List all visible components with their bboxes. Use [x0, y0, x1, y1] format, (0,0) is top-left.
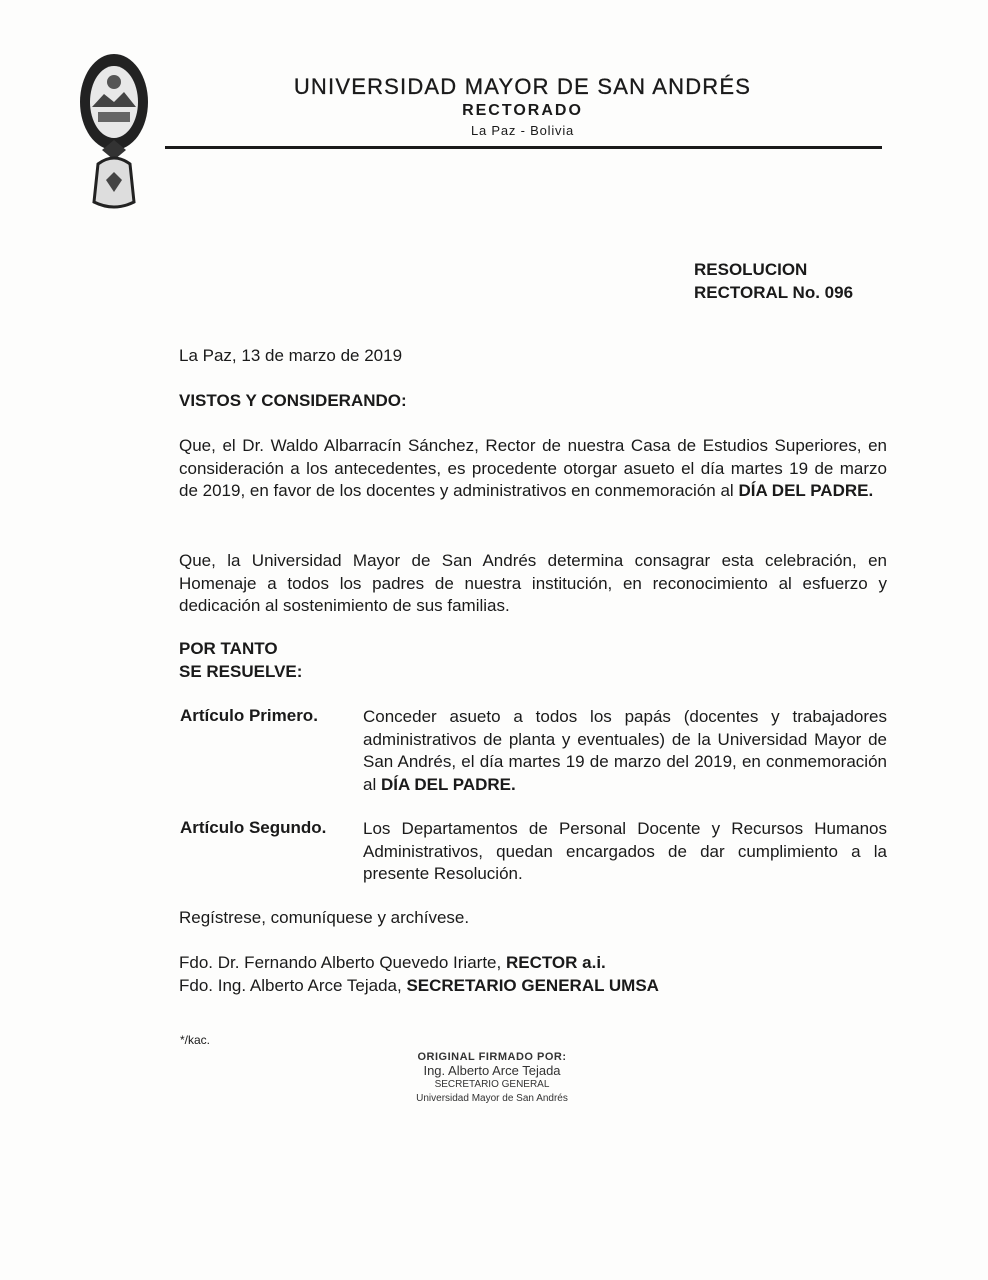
resolution-line-2: RECTORAL No. 096 — [694, 281, 853, 304]
article-1-text: Conceder asueto a todos los papás (docen… — [363, 706, 887, 796]
article-2-text: Los Departamentos de Personal Docente y … — [363, 818, 887, 886]
closing-line: Regístrese, comuníquese y archívese. — [179, 907, 887, 930]
signature-2: Fdo. Ing. Alberto Arce Tejada, SECRETARI… — [179, 975, 887, 998]
resolution-line-1: RESOLUCION — [694, 258, 853, 281]
resolution-number: RESOLUCION RECTORAL No. 096 — [694, 258, 853, 304]
city-line: La Paz - Bolivia — [165, 123, 880, 138]
article-2-label: Artículo Segundo. — [180, 818, 326, 838]
considering-heading: VISTOS Y CONSIDERANDO: — [179, 390, 407, 413]
university-crest-icon — [72, 52, 156, 212]
typist-initials: */kac. — [180, 1033, 210, 1047]
paragraph-1: Que, el Dr. Waldo Albarracín Sánchez, Re… — [179, 435, 887, 503]
university-name: UNIVERSIDAD MAYOR DE SAN ANDRÉS — [165, 74, 880, 100]
resolve-heading: POR TANTO SE RESUELVE: — [179, 638, 302, 683]
signature-stamp: ORIGINAL FIRMADO POR: Ing. Alberto Arce … — [392, 1050, 592, 1106]
signature-1: Fdo. Dr. Fernando Alberto Quevedo Iriart… — [179, 952, 887, 975]
article-1-label: Artículo Primero. — [180, 706, 318, 726]
office-name: RECTORADO — [165, 102, 880, 120]
paragraph-2: Que, la Universidad Mayor de San Andrés … — [179, 550, 887, 618]
document-date: La Paz, 13 de marzo de 2019 — [179, 345, 887, 368]
header-divider — [165, 146, 882, 149]
